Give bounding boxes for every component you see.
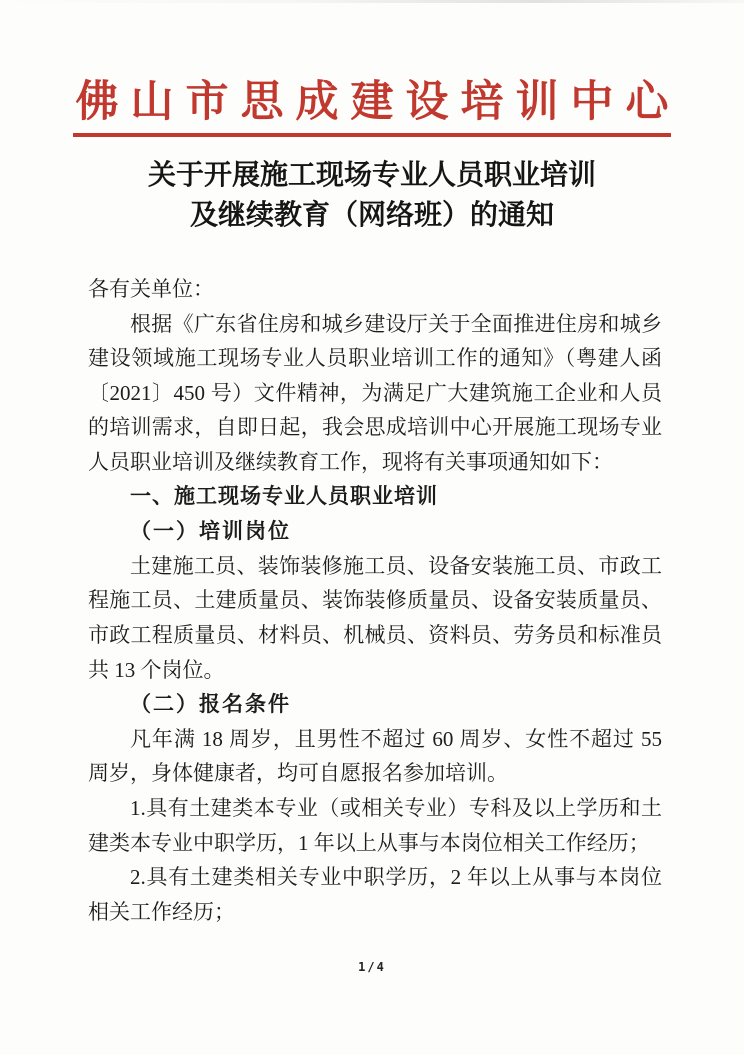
letterhead-org-name: 佛山市思成建设培训中心 (0, 78, 744, 128)
paragraph: 土建施工员、装饰装修施工员、设备安装施工员、市政工程施工员、土建质量员、装饰装修… (88, 549, 662, 687)
letterhead-divider-rule (73, 133, 671, 137)
document-title: 关于开展施工现场专业人员职业培训 及继续教育（网络班）的通知 (0, 156, 744, 236)
page-footer: 1/4 (0, 958, 744, 976)
document-body: 各有关单位：根据《广东省住房和城乡建设厅关于全面推进住房和城乡建设领域施工现场专… (88, 272, 662, 929)
section-subheading: （一）培训岗位 (88, 514, 662, 549)
paragraph: 2.具有土建类相关专业中职学历，2 年以上从事与本岗位相关工作经历； (88, 860, 662, 929)
page-number: 1/4 (358, 960, 386, 974)
paragraph: 各有关单位： (88, 272, 662, 307)
document-title-line2: 及继续教育（网络班）的通知 (0, 196, 744, 236)
section-subheading: （二）报名条件 (88, 687, 662, 722)
paragraph: 1.具有土建类本专业（或相关专业）专科及以上学历和土建类本专业中职学历，1 年以… (88, 791, 662, 860)
scan-artifact-top-edge (0, 0, 744, 3)
document-title-line1: 关于开展施工现场专业人员职业培训 (0, 156, 744, 196)
section-heading: 一、施工现场专业人员职业培训 (88, 480, 662, 515)
paragraph: 凡年满 18 周岁，且男性不超过 60 周岁、女性不超过 55 周岁，身体健康者… (88, 722, 662, 791)
document-page: 佛山市思成建设培训中心 关于开展施工现场专业人员职业培训 及继续教育（网络班）的… (0, 0, 744, 1055)
paragraph: 根据《广东省住房和城乡建设厅关于全面推进住房和城乡建设领域施工现场专业人员职业培… (88, 307, 662, 480)
